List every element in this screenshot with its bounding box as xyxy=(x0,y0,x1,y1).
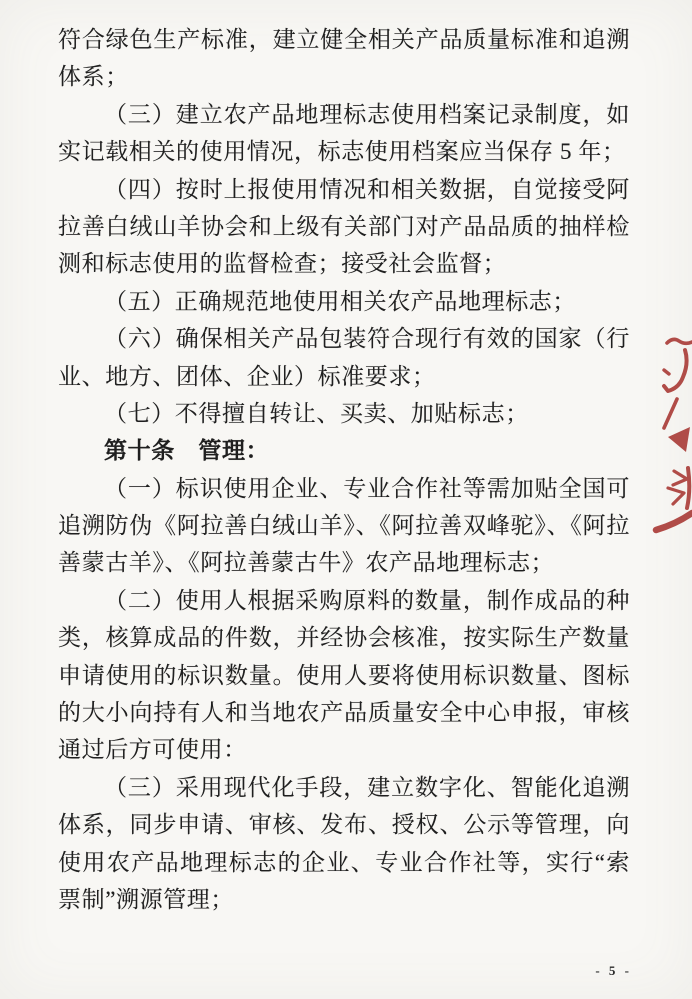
text-line: 实记载相关的使用情况，标志使用档案应当保存 5 年； xyxy=(58,133,630,170)
text-line: 类，核算成品的件数，并经协会核准，按实际生产数量 xyxy=(58,619,630,656)
text-line: 符合绿色生产标准，建立健全相关产品质量标准和追溯 xyxy=(58,21,630,58)
page-number: - 5 - xyxy=(595,963,632,979)
text-line: （三）采用现代化手段，建立数字化、智能化追溯 xyxy=(58,769,630,806)
text-line: （三）建立农产品地理标志使用档案记录制度，如 xyxy=(58,96,630,133)
text-line: 通过后方可使用： xyxy=(58,731,630,768)
text-line: （四）按时上报使用情况和相关数据，自觉接受阿 xyxy=(58,171,630,208)
text-line: （一）标识使用企业、专业合作社等需加贴全国可 xyxy=(58,470,630,507)
text-line: 票制”溯源管理； xyxy=(58,881,630,918)
text-line: 体系； xyxy=(58,58,630,95)
text-line: 拉善白绒山羊协会和上级有关部门对产品品质的抽样检 xyxy=(58,208,630,245)
text-line: （七）不得擅自转让、买卖、加贴标志； xyxy=(58,395,630,432)
text-line: 体系，同步申请、审核、发布、授权、公示等管理，向 xyxy=(58,806,630,843)
document-page: 符合绿色生产标准，建立健全相关产品质量标准和追溯体系；（三）建立农产品地理标志使… xyxy=(0,0,692,999)
text-line: 第十条 管理： xyxy=(58,432,630,469)
text-line: （五）正确规范地使用相关农产品地理标志； xyxy=(58,283,630,320)
red-stamp-fragment xyxy=(640,330,692,545)
text-line: 测和标志使用的监督检查；接受社会监督； xyxy=(58,245,630,282)
body-text: 符合绿色生产标准，建立健全相关产品质量标准和追溯体系；（三）建立农产品地理标志使… xyxy=(58,21,630,918)
text-line: （二）使用人根据采购原料的数量，制作成品的种 xyxy=(58,582,630,619)
text-line: 的大小向持有人和当地农产品质量安全中心申报，审核 xyxy=(58,694,630,731)
text-line: 善蒙古羊》、《阿拉善蒙古牛》农产品地理标志； xyxy=(58,544,630,581)
text-line: 使用农产品地理标志的企业、专业合作社等，实行“索 xyxy=(58,844,630,881)
text-line: 业、地方、团体、企业）标准要求； xyxy=(58,358,630,395)
text-line: （六）确保相关产品包装符合现行有效的国家（行 xyxy=(58,320,630,357)
text-line: 申请使用的标识数量。使用人要将使用标识数量、图标 xyxy=(58,657,630,694)
text-line: 追溯防伪《阿拉善白绒山羊》、《阿拉善双峰驼》、《阿拉 xyxy=(58,507,630,544)
